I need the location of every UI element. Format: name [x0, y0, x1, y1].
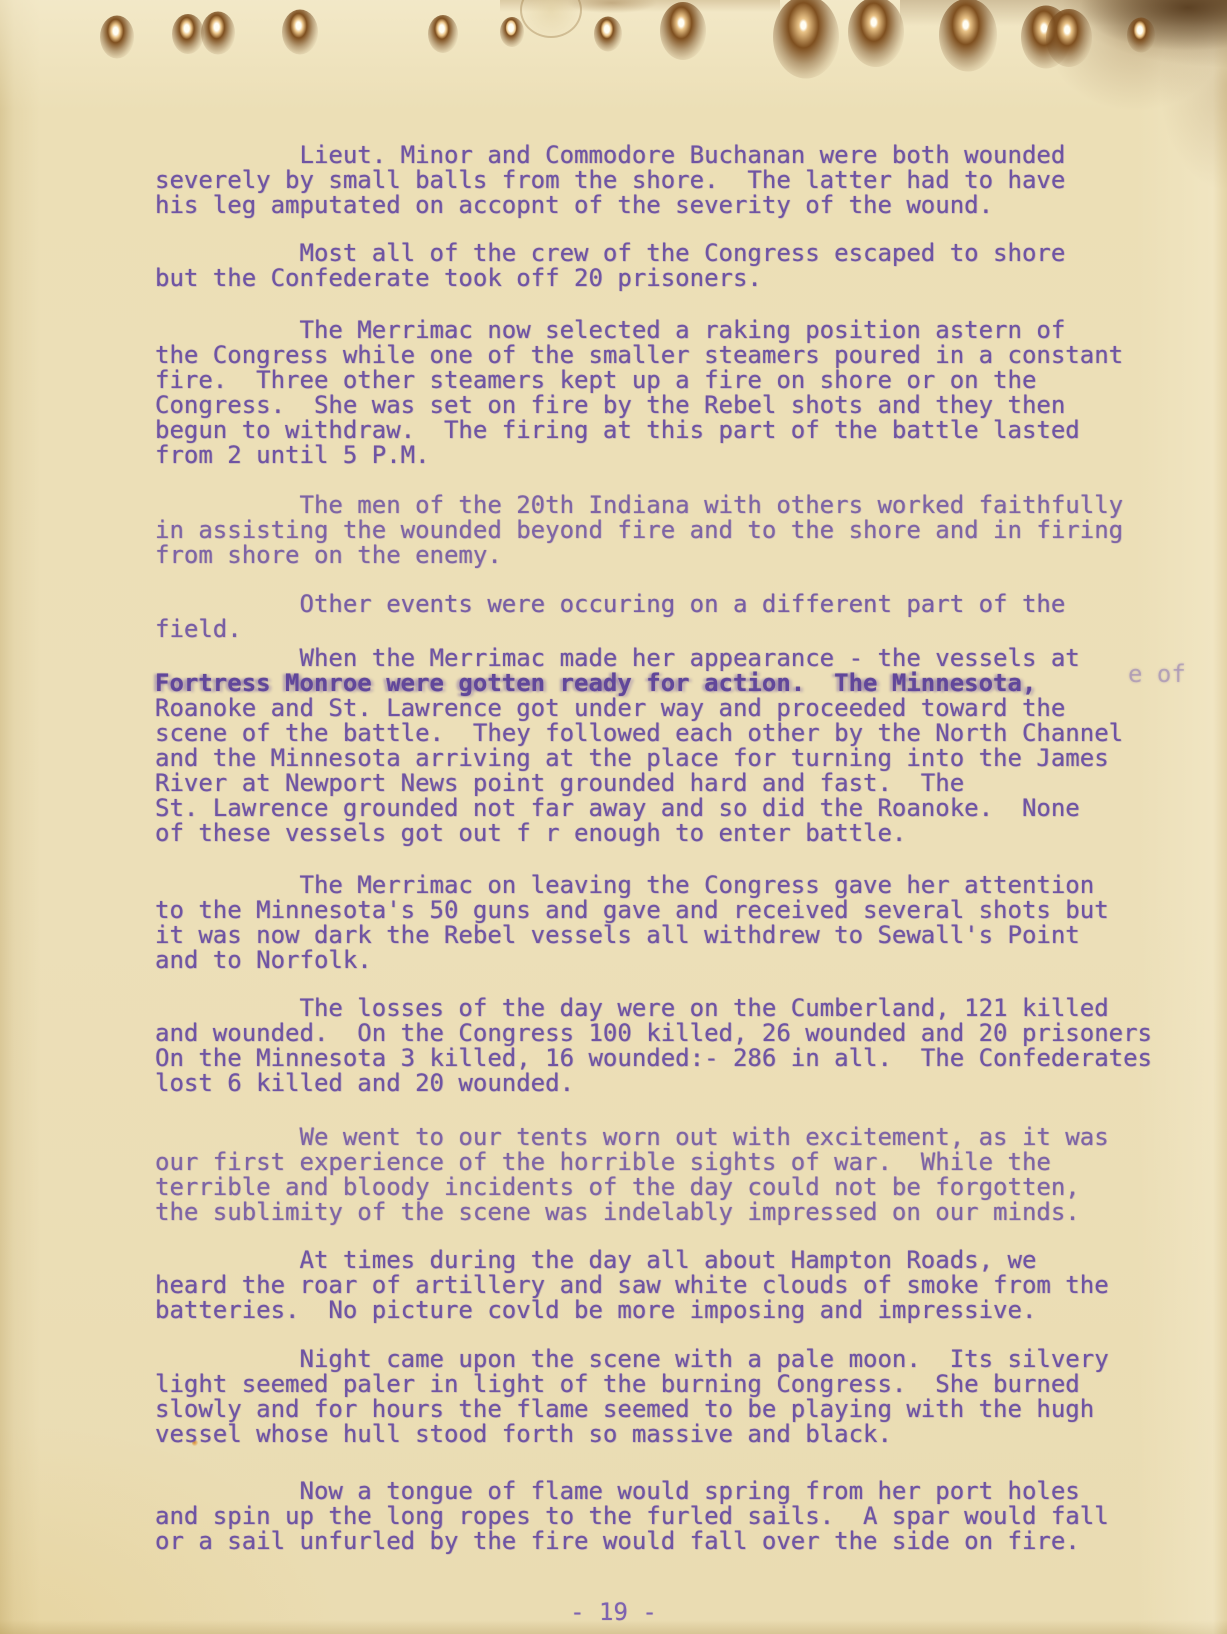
- text-line: and spin up the long ropes to the furled…: [155, 1504, 1109, 1529]
- text-line: light seemed paler in light of the burni…: [155, 1372, 1109, 1397]
- text-line: Other events were occuring on a differen…: [155, 592, 1065, 617]
- text-line: The Merrimac now selected a raking posit…: [155, 318, 1123, 343]
- text-line: but the Confederate took off 20 prisoner…: [155, 266, 1065, 291]
- typewritten-text: Lieut. Minor and Commodore Buchanan were…: [0, 0, 1227, 1634]
- text-line: his leg amputated on accopnt of the seve…: [155, 193, 1065, 218]
- text-line: River at Newport News point grounded har…: [155, 771, 1123, 796]
- text-line: field.: [155, 617, 1065, 642]
- paragraph: At times during the day all about Hampto…: [155, 1248, 1109, 1323]
- text-line: St. Lawrence grounded not far away and s…: [155, 796, 1123, 821]
- document-page: Lieut. Minor and Commodore Buchanan were…: [0, 0, 1227, 1634]
- text-line: to the Minnesota's 50 guns and gave and …: [155, 898, 1109, 923]
- text-line: begun to withdraw. The firing at this pa…: [155, 418, 1123, 443]
- text-line: Most all of the crew of the Congress esc…: [155, 241, 1065, 266]
- text-line: Night came upon the scene with a pale mo…: [155, 1347, 1109, 1372]
- text-line: scene of the battle. They followed each …: [155, 721, 1123, 746]
- text-line: On the Minnesota 3 killed, 16 wounded:- …: [155, 1046, 1152, 1071]
- text-line: it was now dark the Rebel vessels all wi…: [155, 923, 1109, 948]
- text-line: and the Minnesota arriving at the place …: [155, 746, 1123, 771]
- text-line: from 2 until 5 P.M.: [155, 443, 1123, 468]
- paragraph: Lieut. Minor and Commodore Buchanan were…: [155, 143, 1065, 218]
- text-line: Lieut. Minor and Commodore Buchanan were…: [155, 143, 1065, 168]
- text-line: We went to our tents worn out with excit…: [155, 1125, 1109, 1150]
- text-line: The men of the 20th Indiana with others …: [155, 493, 1123, 518]
- paragraph: The Merrimac on leaving the Congress gav…: [155, 873, 1109, 973]
- ghost-print-fragment: e of: [1128, 660, 1186, 688]
- text-line: Roanoke and St. Lawrence got under way a…: [155, 696, 1123, 721]
- text-line: lost 6 killed and 20 wounded.: [155, 1071, 1152, 1096]
- text-line: Fortress Monroe were gotten ready for ac…: [155, 671, 1123, 696]
- text-line: in assisting the wounded beyond fire and…: [155, 518, 1123, 543]
- text-line: batteries. No picture covld be more impo…: [155, 1298, 1109, 1323]
- text-line: terrible and bloody incidents of the day…: [155, 1175, 1109, 1200]
- text-line: from shore on the enemy.: [155, 543, 1123, 568]
- paragraph: We went to our tents worn out with excit…: [155, 1125, 1109, 1225]
- text-line: and to Norfolk.: [155, 948, 1109, 973]
- text-line: Congress. She was set on fire by the Reb…: [155, 393, 1123, 418]
- text-line: slowly and for hours the flame seemed to…: [155, 1397, 1109, 1422]
- text-line: of these vessels got out f r enough to e…: [155, 821, 1123, 846]
- text-line: The Merrimac on leaving the Congress gav…: [155, 873, 1109, 898]
- paragraph: Other events were occuring on a differen…: [155, 592, 1065, 642]
- paragraph: Now a tongue of flame would spring from …: [155, 1479, 1109, 1554]
- text-line: heard the roar of artillery and saw whit…: [155, 1273, 1109, 1298]
- text-line: fire. Three other steamers kept up a fir…: [155, 368, 1123, 393]
- text-line: Now a tongue of flame would spring from …: [155, 1479, 1109, 1504]
- paragraph: Night came upon the scene with a pale mo…: [155, 1347, 1109, 1447]
- text-line: the Congress while one of the smaller st…: [155, 343, 1123, 368]
- paragraph: The Merrimac now selected a raking posit…: [155, 318, 1123, 468]
- text-line: or a sail unfurled by the fire would fal…: [155, 1529, 1109, 1554]
- page-number: - 19 -: [0, 1598, 1227, 1626]
- text-line: our first experience of the horrible sig…: [155, 1150, 1109, 1175]
- text-line: At times during the day all about Hampto…: [155, 1248, 1109, 1273]
- text-line: and wounded. On the Congress 100 killed,…: [155, 1021, 1152, 1046]
- text-line: severely by small balls from the shore. …: [155, 168, 1065, 193]
- text-line: vessel whose hull stood forth so massive…: [155, 1422, 1109, 1447]
- paragraph: When the Merrimac made her appearance - …: [155, 646, 1123, 846]
- text-line: the sublimity of the scene was indelably…: [155, 1200, 1109, 1225]
- paragraph: The losses of the day were on the Cumber…: [155, 996, 1152, 1096]
- text-line: When the Merrimac made her appearance - …: [155, 646, 1123, 671]
- paragraph: Most all of the crew of the Congress esc…: [155, 241, 1065, 291]
- text-line: The losses of the day were on the Cumber…: [155, 996, 1152, 1021]
- paragraph: The men of the 20th Indiana with others …: [155, 493, 1123, 568]
